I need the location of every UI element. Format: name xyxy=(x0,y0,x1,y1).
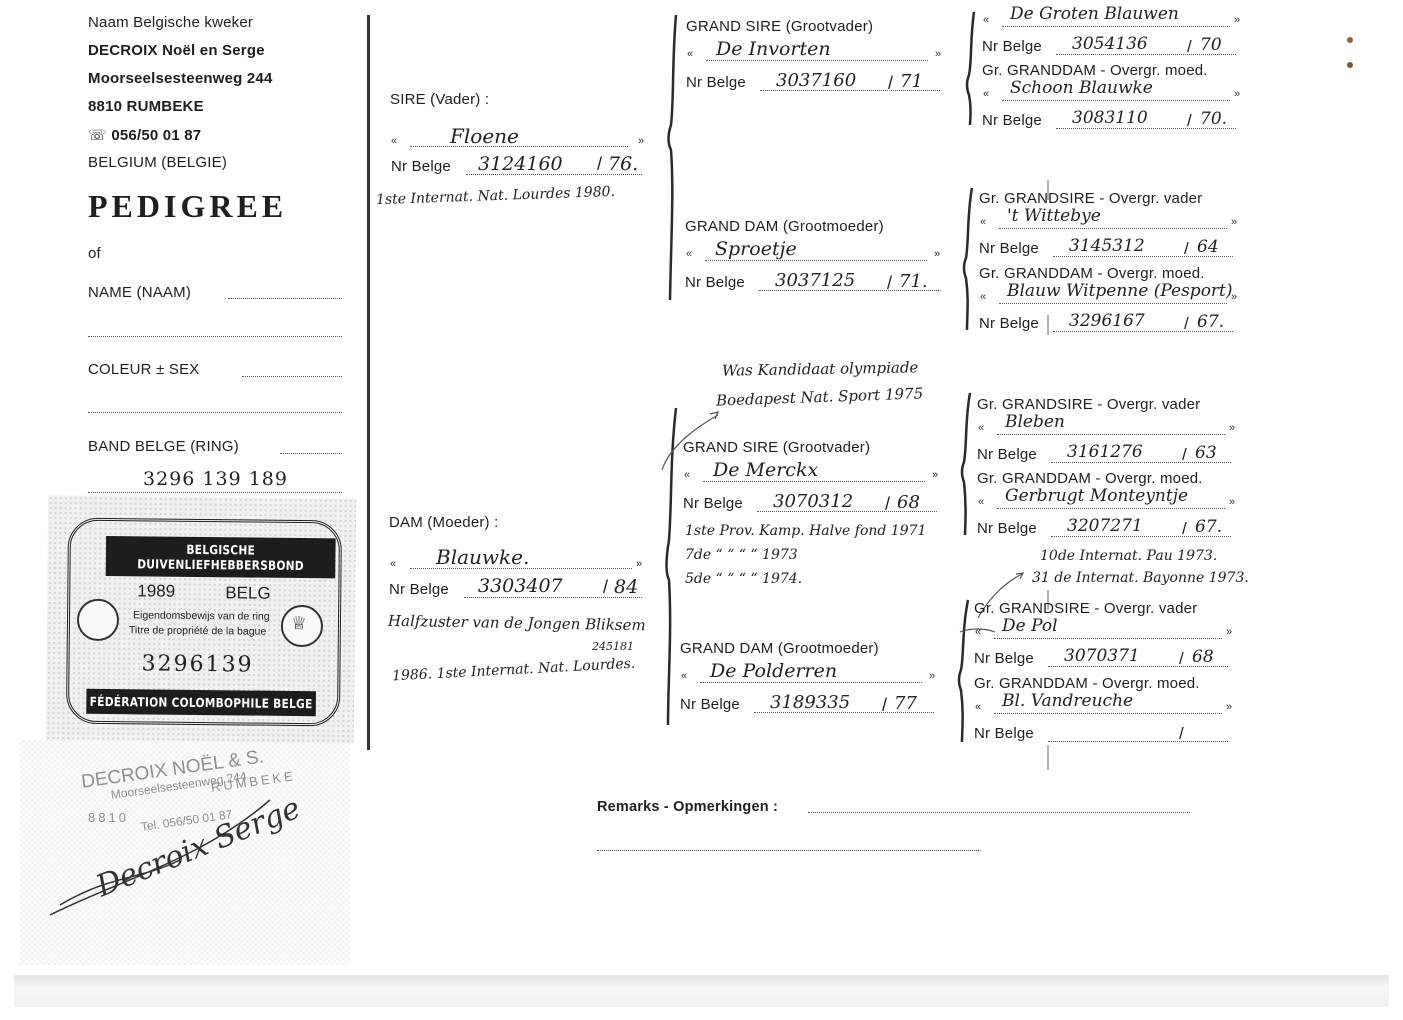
grandparent-nr-label: Nr Belge xyxy=(685,274,745,291)
sire-nr[interactable]: 3124160 xyxy=(478,153,563,175)
column-divider xyxy=(367,15,370,750)
great-grandparent-nr-label: Nr Belge xyxy=(977,520,1037,537)
great-grandparent-nr[interactable]: 3207271 xyxy=(1067,516,1143,536)
grandparent-year[interactable]: 68 xyxy=(897,492,920,513)
great-grandparent-label: Gr. GRANDDAM - Overgr. moed. xyxy=(974,675,1200,692)
quote-open: « xyxy=(978,496,984,508)
quote-open: « xyxy=(684,469,690,481)
slash: / xyxy=(603,577,608,598)
slash: / xyxy=(1184,239,1189,259)
great-grandparent-nr-label: Nr Belge xyxy=(974,725,1034,742)
dam-nr-label: Nr Belge xyxy=(389,581,449,598)
great-grandparent-year[interactable]: 64 xyxy=(1197,237,1219,257)
great-grandparent-name-line xyxy=(999,228,1227,229)
slash: / xyxy=(1187,111,1192,131)
quote-close: » xyxy=(1229,496,1235,508)
dam-note-ring: 245181 xyxy=(592,640,634,653)
quote-open: « xyxy=(975,626,981,638)
sire-label: SIRE (Vader) : xyxy=(390,91,489,108)
quote-close: » xyxy=(1226,701,1232,713)
remarks-field[interactable] xyxy=(808,812,1190,813)
grandparent-year[interactable]: 71. xyxy=(899,271,928,292)
great-grandparent-name-line xyxy=(994,638,1222,639)
grandparent-year[interactable]: 77 xyxy=(894,693,917,714)
great-grandparent-name-line xyxy=(997,508,1225,509)
grandparent-label: GRAND SIRE (Grootvader) xyxy=(683,439,870,456)
quote-open: « xyxy=(980,291,986,303)
great-grandparent-name[interactable]: Schoon Blauwke xyxy=(1010,78,1153,98)
great-grandparent-nr[interactable]: 3161276 xyxy=(1067,442,1143,462)
slash: / xyxy=(1182,445,1187,465)
slash: / xyxy=(1179,724,1184,744)
quote-open: « xyxy=(390,558,396,570)
great-grandparent-name[interactable]: De Pol xyxy=(1002,616,1058,636)
sire-name-line xyxy=(410,146,628,147)
slash: / xyxy=(887,273,892,294)
slash: / xyxy=(1184,314,1189,334)
quote-close: » xyxy=(1234,14,1240,26)
great-grandparent-year[interactable]: 70. xyxy=(1200,109,1227,129)
grandparent-label: GRAND DAM (Grootmoeder) xyxy=(685,218,884,235)
grandparent-olympiad-note-1: Was Kandidaat olympiade xyxy=(722,358,919,379)
quote-close: » xyxy=(935,48,941,60)
grandparent-name-line xyxy=(700,682,922,683)
sire-name[interactable]: Floene xyxy=(450,124,519,148)
great-grandparent-year[interactable]: 67. xyxy=(1197,312,1224,332)
quote-open: « xyxy=(983,88,989,100)
grandparent-year[interactable]: 71 xyxy=(900,71,923,92)
grandparent-label: GRAND DAM (Grootmoeder) xyxy=(680,640,879,657)
grandparent-name-line xyxy=(706,60,928,61)
grandparent-name[interactable]: De Merckx xyxy=(713,459,818,481)
great-grandparent-nr[interactable]: 3296167 xyxy=(1069,311,1145,331)
grandparent-nr-label: Nr Belge xyxy=(686,74,746,91)
great-grandparent-nr[interactable]: 3054136 xyxy=(1072,34,1148,54)
great-grandparent-name-line xyxy=(999,303,1227,304)
slash: / xyxy=(1182,519,1187,539)
grandparent-label: GRAND SIRE (Grootvader) xyxy=(686,18,873,35)
great-grandparent-nr[interactable]: 3070371 xyxy=(1064,646,1140,666)
great-grandparent-name-line xyxy=(1002,100,1230,101)
great-grandparent-label: Gr. GRANDDAM - Overgr. moed. xyxy=(979,265,1205,282)
slash: / xyxy=(885,494,890,515)
great-grandparent-year[interactable]: 67. xyxy=(1195,517,1222,537)
grandparent-note: 5de “ “ “ “ 1974. xyxy=(685,571,802,587)
quote-close: » xyxy=(932,469,938,481)
great-grandparent-nr-label: Nr Belge xyxy=(974,650,1034,667)
great-grandparent-name[interactable]: Bleben xyxy=(1005,412,1065,432)
great-grandparent-label: Gr. GRANDDAM - Overgr. moed. xyxy=(982,62,1208,79)
dam-label: DAM (Moeder) : xyxy=(389,514,499,531)
great-grandparent-name[interactable]: Blauw Witpenne (Pesport) xyxy=(1007,281,1233,301)
quote-close: » xyxy=(636,558,642,570)
quote-open: « xyxy=(975,701,981,713)
great-grandparent-nr-label: Nr Belge xyxy=(982,112,1042,129)
great-grandparent-nr-label: Nr Belge xyxy=(977,446,1037,463)
great-grandparent-nr-label: Nr Belge xyxy=(982,38,1042,55)
dam-year[interactable]: 84 xyxy=(614,576,638,598)
great-grandparent-label: Gr. GRANDSIRE - Overgr. vader xyxy=(977,396,1200,413)
great-grandparent-nr-line xyxy=(1048,741,1228,742)
quote-close: » xyxy=(1234,88,1240,100)
grandparent-name[interactable]: De Polderren xyxy=(710,660,837,682)
great-grandparent-name-line xyxy=(997,434,1225,435)
quote-open: « xyxy=(978,422,984,434)
grandparent-nr[interactable]: 3037125 xyxy=(775,270,855,291)
dam-nr[interactable]: 3303407 xyxy=(478,575,563,597)
quote-close: » xyxy=(638,135,644,147)
great-grandparent-label: Gr. GRANDSIRE - Overgr. vader xyxy=(974,600,1197,617)
quote-close: » xyxy=(1226,626,1232,638)
sire-year[interactable]: 76. xyxy=(608,153,638,175)
quote-close: » xyxy=(929,670,935,682)
great-grandparent-year[interactable]: 70 xyxy=(1200,35,1222,55)
great-grandparent-name[interactable]: Bl. Vandreuche xyxy=(1002,691,1133,711)
quote-open: « xyxy=(980,216,986,228)
grandparent-name[interactable]: Sproetje xyxy=(715,238,797,260)
grandparent-note: 7de “ “ “ “ 1973 xyxy=(685,547,798,563)
great-grandparent-nr[interactable]: 3145312 xyxy=(1069,236,1145,256)
slash: / xyxy=(597,154,602,175)
quote-open: « xyxy=(687,48,693,60)
grandparent-nr[interactable]: 3037160 xyxy=(776,70,856,91)
quote-close: » xyxy=(934,248,940,260)
grandparent-nr-label: Nr Belge xyxy=(683,495,743,512)
great-grandparent-note: 10de Internat. Pau 1973. xyxy=(1040,548,1217,564)
slash: / xyxy=(1187,37,1192,57)
quote-close: » xyxy=(1231,216,1237,228)
quote-open: « xyxy=(686,248,692,260)
grandparent-name-line xyxy=(703,481,925,482)
grandparent-nr[interactable]: 3070312 xyxy=(773,491,853,512)
grandparent-name[interactable]: De Invorten xyxy=(716,38,831,60)
sire-nr-label: Nr Belge xyxy=(391,158,451,175)
great-grandparent-name[interactable]: Gerbrugt Monteyntje xyxy=(1005,486,1188,506)
slash: / xyxy=(882,695,887,716)
great-grandparent-note: 31 de Internat. Bayonne 1973. xyxy=(1032,570,1249,586)
quote-close: » xyxy=(1229,422,1235,434)
grandparent-nr[interactable]: 3189335 xyxy=(770,692,850,713)
slash: / xyxy=(888,73,893,94)
great-grandparent-name-line xyxy=(1002,26,1230,27)
great-grandparent-year[interactable]: 68 xyxy=(1192,647,1214,667)
grandparent-name-line xyxy=(705,260,927,261)
great-grandparent-label: Gr. GRANDSIRE - Overgr. vader xyxy=(979,190,1202,207)
quote-open: « xyxy=(983,14,989,26)
great-grandparent-name[interactable]: 't Wittebye xyxy=(1007,206,1101,226)
great-grandparent-nr[interactable]: 3083110 xyxy=(1072,108,1148,128)
great-grandparent-name[interactable]: De Groten Blauwen xyxy=(1010,4,1179,24)
dam-name[interactable]: Blauwke. xyxy=(436,545,529,569)
great-grandparent-year[interactable]: 63 xyxy=(1195,443,1217,463)
remarks-label: Remarks - Opmerkingen : xyxy=(597,799,778,815)
remarks-field-line2[interactable] xyxy=(597,850,979,851)
quote-open: « xyxy=(391,135,397,147)
great-grandparent-name-line xyxy=(994,713,1222,714)
grandparent-nr-label: Nr Belge xyxy=(680,696,740,713)
quote-open: « xyxy=(681,670,687,682)
great-grandparent-nr-label: Nr Belge xyxy=(979,240,1039,257)
great-grandparent-label: Gr. GRANDDAM - Overgr. moed. xyxy=(977,470,1203,487)
great-grandparent-nr-label: Nr Belge xyxy=(979,315,1039,332)
grandparent-note: 1ste Prov. Kamp. Halve fond 1971 xyxy=(685,523,926,539)
slash: / xyxy=(1179,649,1184,669)
